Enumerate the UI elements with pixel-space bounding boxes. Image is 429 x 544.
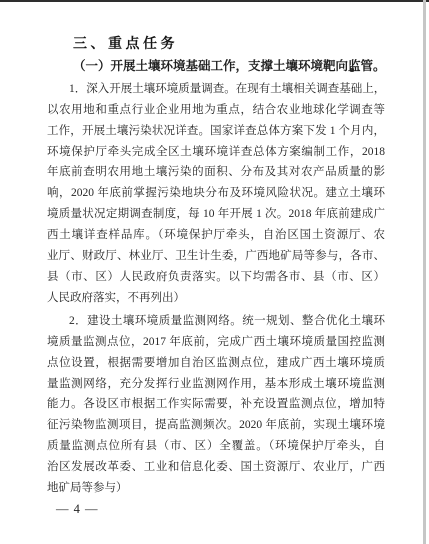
text-line: 能力。各设区市根据工作实际需要，补充设置监测点位，增加特 <box>47 394 385 415</box>
scanned-document-page: 三、重点任务 （一）开展土壤环境基础工作，支撑土壤环境靶向监管。 1．深入开展土… <box>0 0 429 544</box>
text-line: 点位设置，根据需要增加自治区监测点位，建成广西土壤环境质 <box>47 353 385 374</box>
text-line: 响，2020 年底前掌握污染地块分布及环境风险状况。建立土壤环 <box>47 183 385 204</box>
paragraph-soil-quality-survey: 1．深入开展土壤环境质量调查。在现有土壤相关调查基础上，以农用地和重点行业企业用… <box>47 79 385 309</box>
text-line: 征污染物监测项目，提高监测频次。2020 年底前，实现土壤环境 <box>47 415 385 436</box>
text-line: 质量监测点位所有县（市、区）全覆盖。（环境保护厅牵头，自 <box>47 436 385 457</box>
text-line: 2．建设土壤环境质量监测网络。统一规划、整合优化土壤环 <box>47 311 385 332</box>
text-line: 治区发展改革委、工业和信息化委、国土资源厅、农业厅，广西 <box>47 457 385 478</box>
text-line: 以农用地和重点行业企业用地为重点，结合农业地球化学调查等 <box>47 100 385 121</box>
scan-border-right <box>423 0 426 544</box>
text-line: 境质量监测点位，2017 年底前，完成广西土壤环境质量国控监测 <box>47 332 385 353</box>
body-paragraphs: 1．深入开展土壤环境质量调查。在现有土壤相关调查基础上，以农用地和重点行业企业用… <box>47 79 385 499</box>
subsection-heading: （一）开展土壤环境基础工作，支撑土壤环境靶向监管。 <box>47 56 385 77</box>
paragraph-monitoring-network: 2．建设土壤环境质量监测网络。统一规划、整合优化土壤环境质量监测点位，2017 … <box>47 311 385 499</box>
text-line: 西土壤详查样品库。（环境保护厅牵头，自治区国土资源厅、农 <box>47 225 385 246</box>
text-line: 境质量状况定期调查制度，每 10 年开展 1 次。2018 年底前建成广 <box>47 204 385 225</box>
text-line: 人民政府落实，不再列出） <box>47 288 385 309</box>
text-line: 工作，开展土壤污染状况详查。国家详查总体方案下发 1 个月内， <box>47 121 385 142</box>
page-number: — 4 — <box>56 502 99 517</box>
text-line: 年底前查明农用地土壤污染的面积、分布及其对农产品质量的影 <box>47 162 385 183</box>
text-line: 县（市、区）人民政府负责落实。以下均需各市、县（市、区） <box>47 267 385 288</box>
text-line: 业厅、财政厅、林业厅、卫生计生委，广西地矿局等参与，各市、 <box>47 246 385 267</box>
scan-border-top <box>0 0 429 2</box>
section-heading: 三、重点任务 <box>47 33 385 54</box>
text-line: 地矿局等参与） <box>47 478 385 499</box>
document-content: 三、重点任务 （一）开展土壤环境基础工作，支撑土壤环境靶向监管。 1．深入开展土… <box>47 33 385 499</box>
text-line: 环境保护厅牵头完成全区土壤环境详查总体方案编制工作，2018 <box>47 142 385 163</box>
text-line: 1．深入开展土壤环境质量调查。在现有土壤相关调查基础上， <box>47 79 385 100</box>
text-line: 量监测网络，充分发挥行业监测网作用，基本形成土壤环境监测 <box>47 374 385 395</box>
